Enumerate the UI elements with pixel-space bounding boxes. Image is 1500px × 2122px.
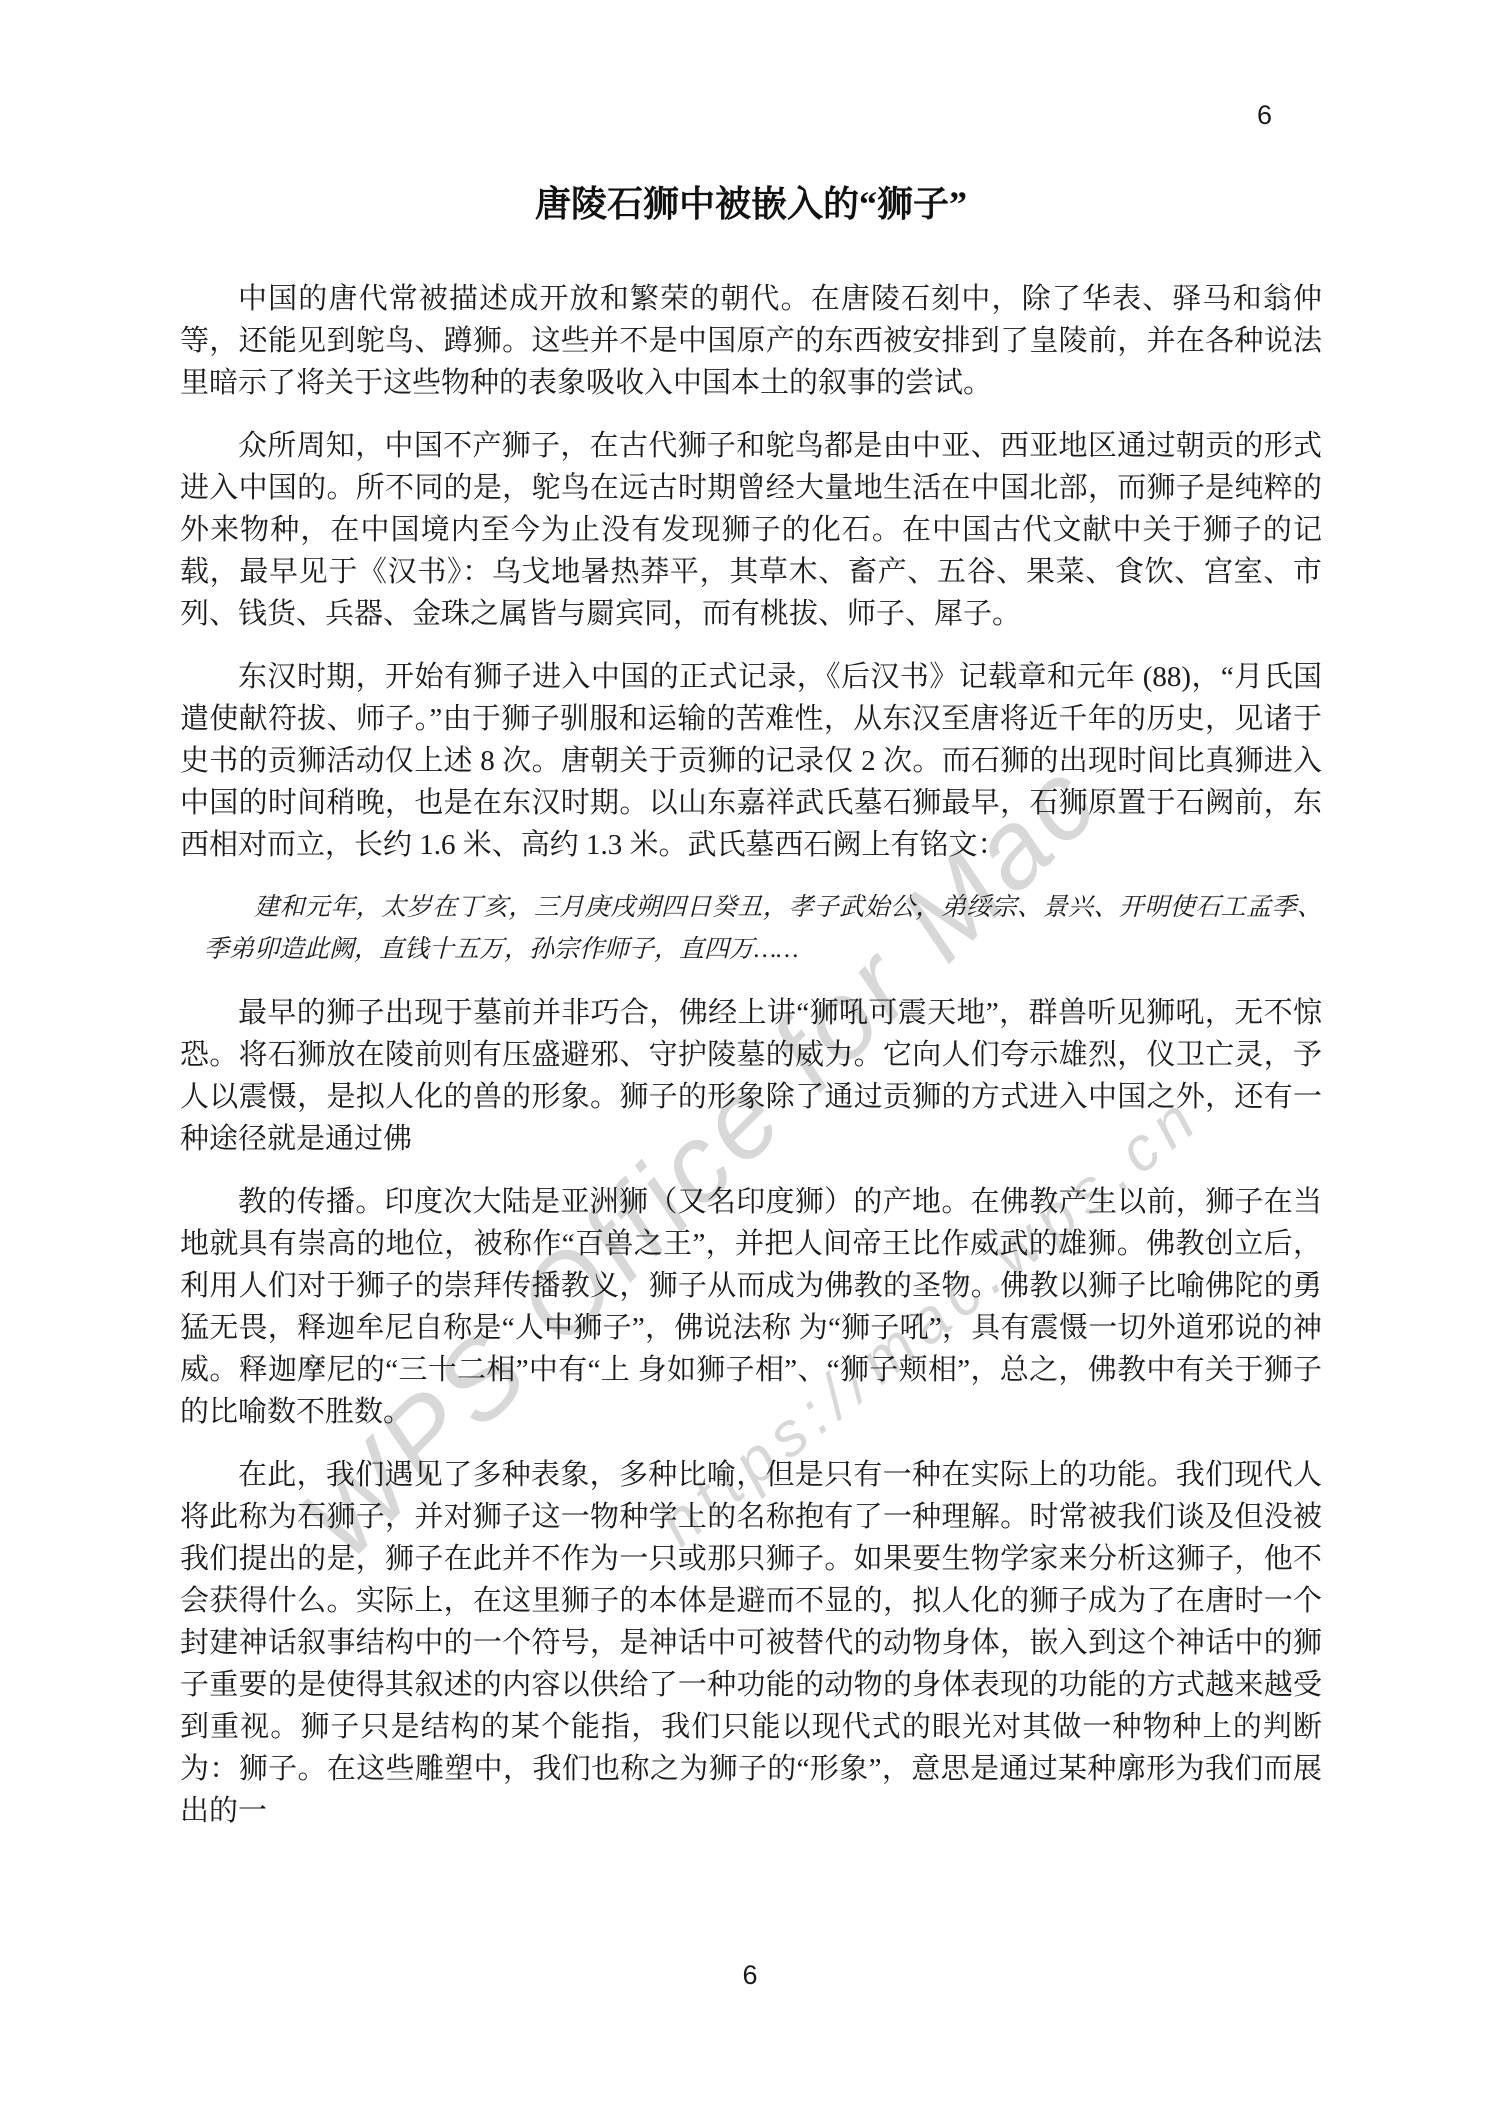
document-page: WPS Office for Mac https://mac.wps.cn 6 …	[0, 0, 1500, 2122]
body-paragraph: 众所周知，中国不产狮子，在古代狮子和鸵鸟都是由中亚、西亚地区通过朝贡的形式进入中…	[180, 425, 1322, 635]
body-paragraph: 在此，我们遇见了多种表象，多种比喻，但是只有一种在实际上的功能。我们现代人将此称…	[180, 1454, 1322, 1832]
document-title: 唐陵石狮中被嵌入的“狮子”	[180, 180, 1322, 228]
body-paragraph: 东汉时期，开始有狮子进入中国的正式记录，《后汉书》记载章和元年 (88)，“月氏…	[180, 656, 1322, 866]
body-paragraph: 教的传播。印度次大陆是亚洲狮（又名印度狮）的产地。在佛教产生以前，狮子在当地就具…	[180, 1181, 1322, 1433]
body-paragraph: 中国的唐代常被描述成开放和繁荣的朝代。在唐陵石刻中，除了华表、驿马和翁仲等，还能…	[180, 278, 1322, 404]
inscription-quote: 建和元年，太岁在丁亥，三月庚戌朔四日癸丑，孝子武始公，弟绥宗、景兴、开明使石工孟…	[204, 887, 1322, 971]
body-paragraph: 最早的狮子出现于墓前并非巧合，佛经上讲“狮吼可震天地”，群兽听见狮吼，无不惊恐。…	[180, 992, 1322, 1160]
footer-page-number: 6	[0, 1960, 1500, 1991]
page-content: 唐陵石狮中被嵌入的“狮子” 中国的唐代常被描述成开放和繁荣的朝代。在唐陵石刻中，…	[180, 0, 1322, 1832]
